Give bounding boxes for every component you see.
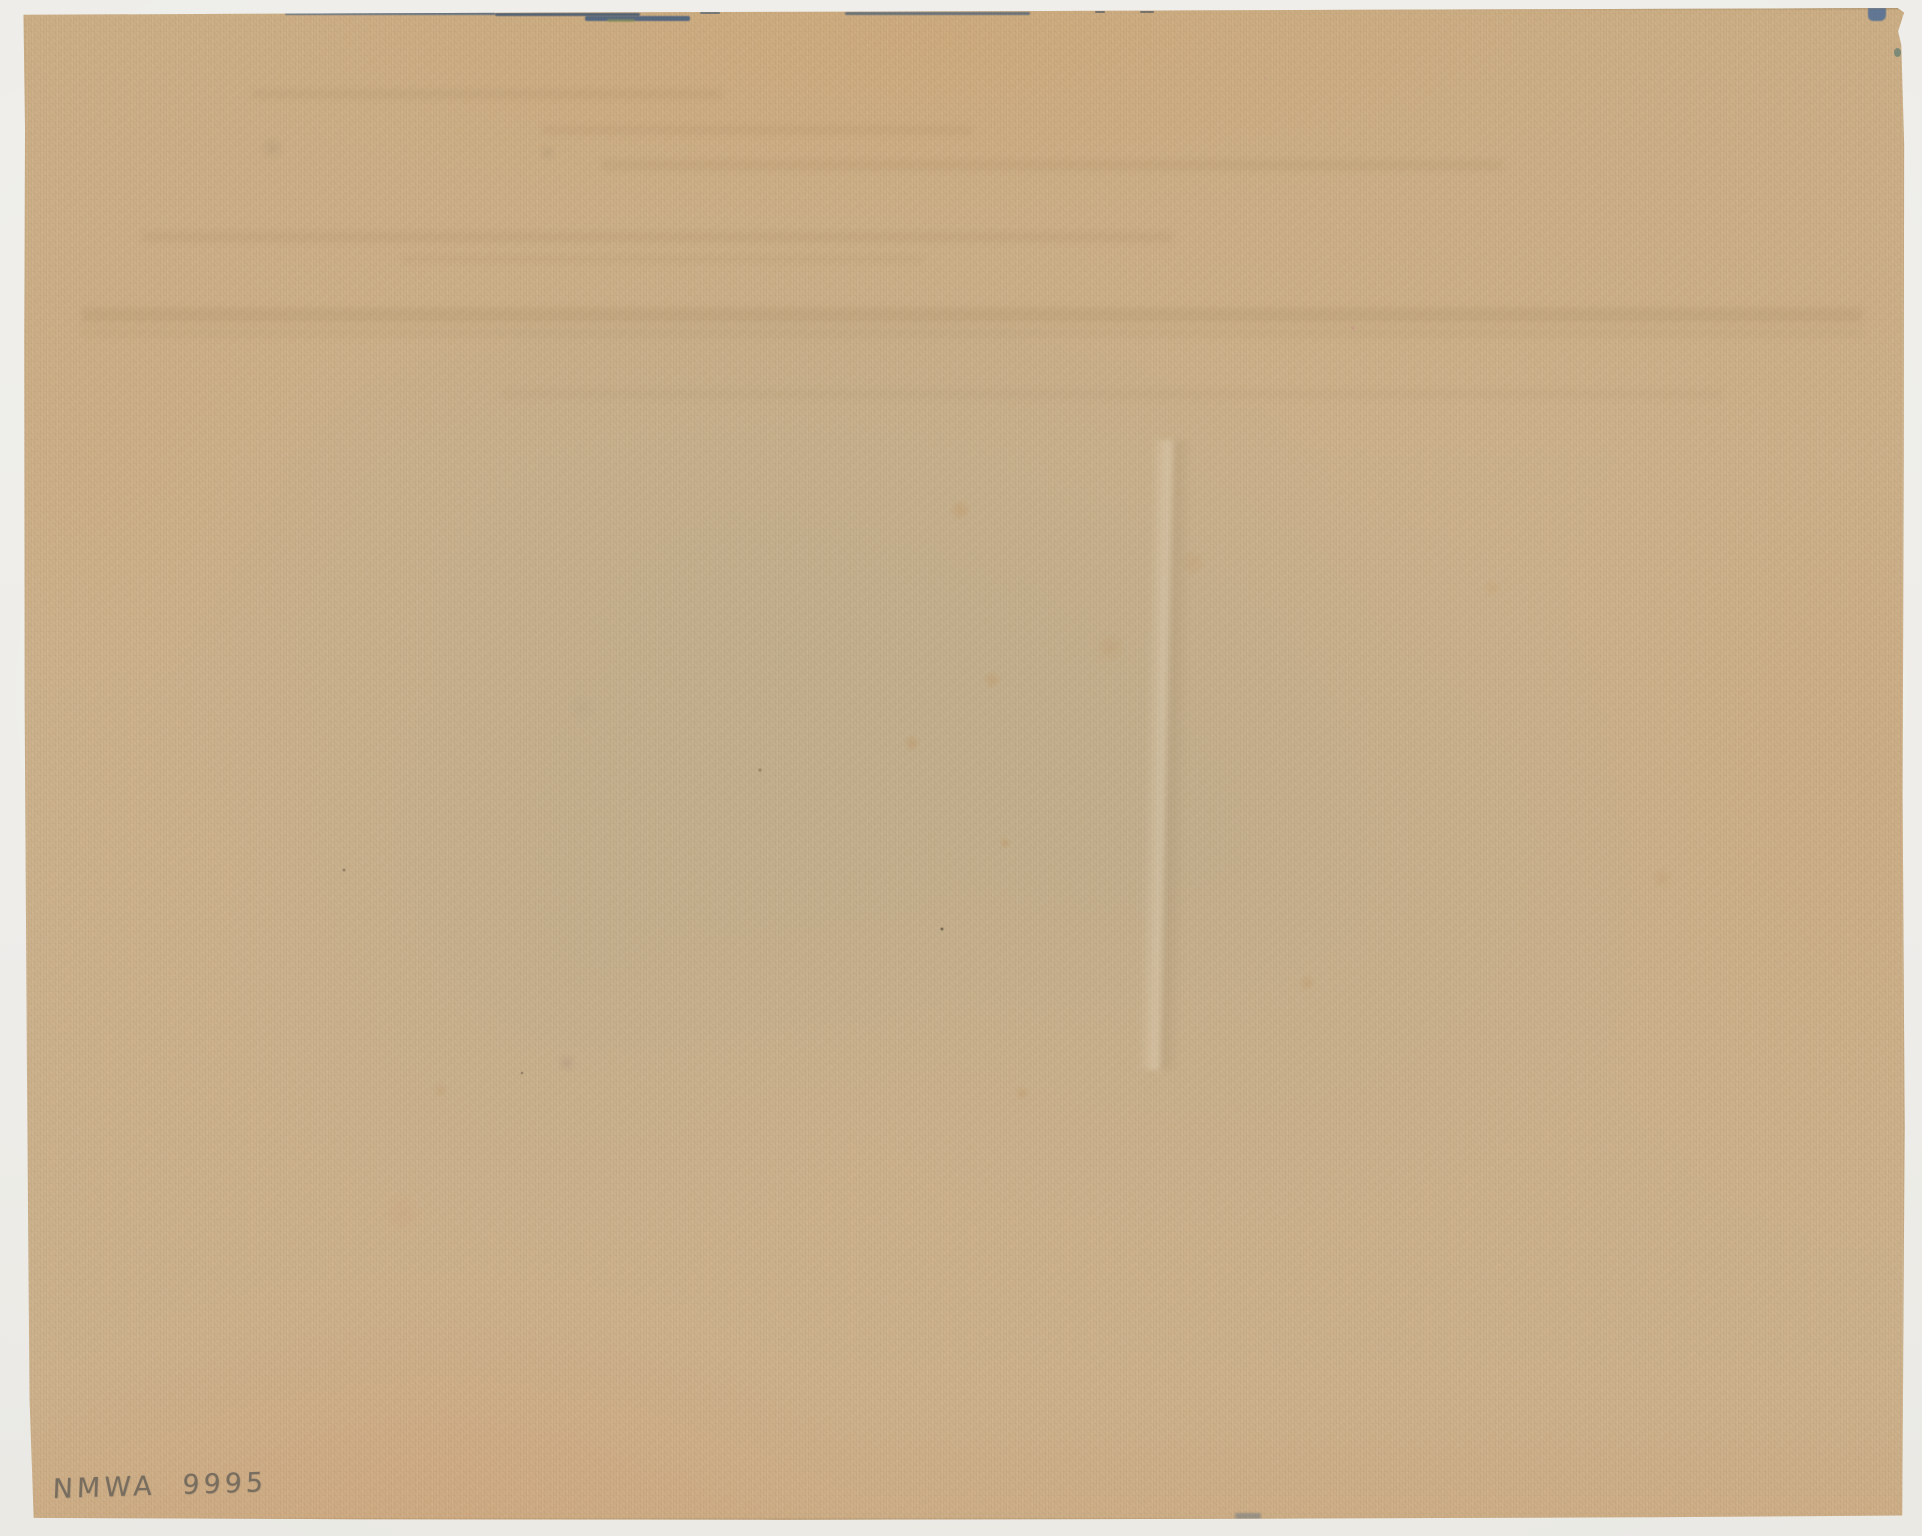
showthrough-streak	[402, 256, 922, 262]
showthrough-streak	[142, 232, 1172, 242]
top-edge-blue-fleck	[1140, 11, 1154, 13]
top-edge-green-pigment	[607, 19, 635, 22]
bottom-edge-blue-mark	[1235, 1513, 1261, 1519]
top-edge-blue-pigment	[285, 12, 495, 15]
top-edge-blue-pigment	[845, 12, 1030, 15]
paper-discoloration-zones	[22, 8, 1906, 1520]
vertical-crease	[1138, 440, 1193, 1071]
right-edge-teal-fleck	[1894, 48, 1901, 57]
showthrough-streak	[82, 330, 1862, 336]
top-right-blue-pigment	[1868, 8, 1886, 21]
showthrough-streak	[602, 160, 1502, 170]
top-edge-blue-pigment	[585, 16, 690, 21]
showthrough-streak	[82, 308, 1862, 322]
top-edge-blue-pigment	[700, 12, 720, 14]
top-edge-blue-pigment	[495, 13, 640, 16]
accession-number-inscription: NMWA 9995	[52, 1467, 268, 1505]
photo-backdrop: NMWA 9995	[0, 0, 1922, 1536]
showthrough-streak	[542, 126, 972, 134]
foxing-stains	[22, 8, 1906, 1520]
paper-fiber-texture	[22, 8, 1906, 1520]
showthrough-streak	[502, 390, 1722, 398]
print-verso-sheet: NMWA 9995	[22, 8, 1906, 1520]
showthrough-streak	[252, 90, 722, 98]
top-edge-blue-fleck	[1095, 11, 1105, 13]
